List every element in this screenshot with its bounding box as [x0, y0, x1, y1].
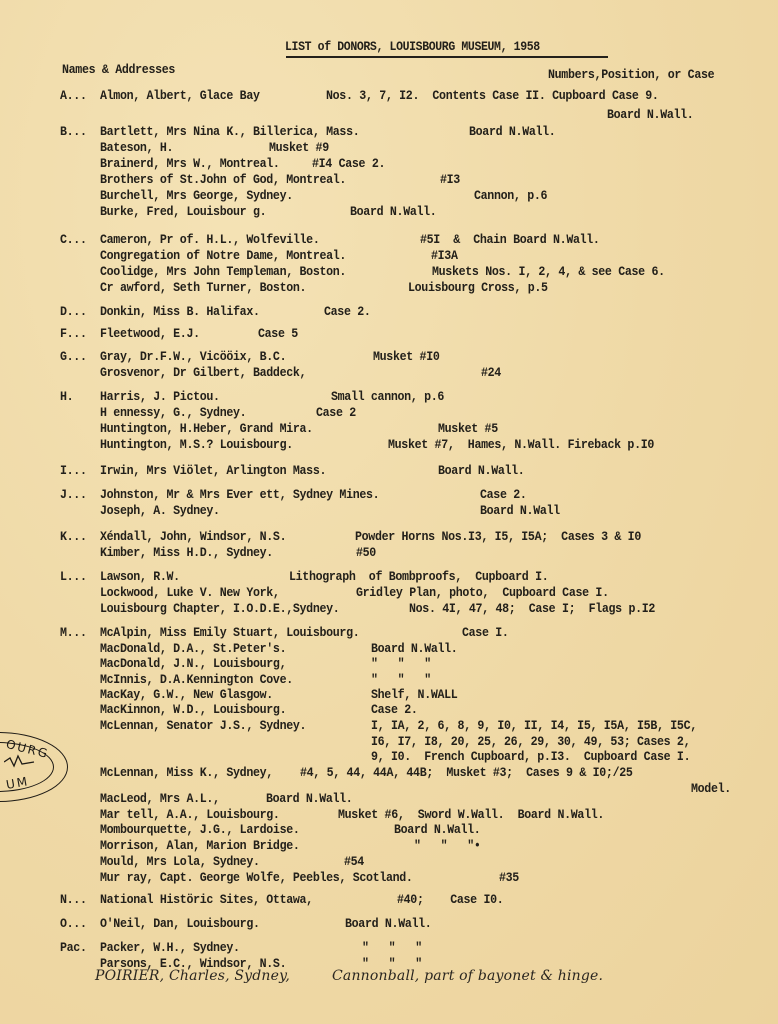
donation-detail: Model.: [691, 782, 731, 796]
donation-detail: Muskets Nos. I, 2, 4, & see Case 6.: [432, 265, 665, 279]
donation-detail: Shelf, N.WALL: [371, 688, 457, 702]
column-header-names: Names & Addresses: [62, 63, 175, 77]
donation-detail: Board N.Wall.: [607, 108, 693, 122]
donation-detail: Musket #6, Sword W.Wall. Board N.Wall.: [338, 808, 604, 822]
donor-name: Mould, Mrs Lola, Sydney.: [100, 855, 260, 869]
donor-name: MacKinnon, W.D., Louisbourg.: [100, 703, 286, 717]
donor-name: H ennessy, G., Sydney.: [100, 406, 246, 420]
donor-name: Cr awford, Seth Turner, Boston.: [100, 281, 306, 295]
donor-name: Cameron, Pr of. H.L., Wolfeville.: [100, 233, 319, 247]
section-letter: J...: [60, 488, 87, 502]
donor-name: Huntington, M.S.? Louisbourg.: [100, 438, 293, 452]
section-letter: B...: [60, 125, 87, 139]
donation-detail: #35: [499, 871, 519, 885]
donation-detail: I, IA, 2, 6, 8, 9, I0, II, I4, I5, I5A, …: [371, 719, 697, 733]
donor-name: Brainerd, Mrs W., Montreal.: [100, 157, 280, 171]
section-letter: G...: [60, 350, 87, 364]
stamp-emblem-icon: [4, 752, 36, 772]
donation-detail: I6, I7, I8, 20, 25, 26, 29, 30, 49, 53; …: [371, 735, 690, 749]
donor-name: Almon, Albert, Glace Bay: [100, 89, 260, 103]
section-letter: I...: [60, 464, 87, 478]
donor-name: McInnis, D.A.Kennington Cove.: [100, 673, 293, 687]
donor-name: McLennan, Senator J.S., Sydney.: [100, 719, 306, 733]
donor-name: Packer, W.H., Sydney.: [100, 941, 240, 955]
donor-name: Harris, J. Pictou.: [100, 390, 220, 404]
donation-detail: Board N.Wall.: [438, 464, 524, 478]
donor-name: Brothers of St.John of God, Montreal.: [100, 173, 346, 187]
donor-name: MacDonald, D.A., St.Peter's.: [100, 642, 286, 656]
donation-detail: Case I.: [462, 626, 509, 640]
donor-name: Irwin, Mrs Viölet, Arlington Mass.: [100, 464, 326, 478]
donation-detail: " " ": [371, 673, 431, 687]
donation-detail: Powder Horns Nos.I3, I5, I5A; Cases 3 & …: [355, 530, 641, 544]
donation-detail: Case 2.: [324, 305, 371, 319]
document-title: LIST of DONORS, LOUISBOURG MUSEUM, 1958: [285, 40, 540, 54]
donation-detail: Case 5: [258, 327, 298, 341]
donor-name: Burchell, Mrs George, Sydney.: [100, 189, 293, 203]
donation-detail: " " ": [362, 941, 422, 955]
donation-detail: #I4 Case 2.: [312, 157, 385, 171]
donation-detail: #24: [481, 366, 501, 380]
donation-detail: " " ": [371, 657, 431, 671]
section-letter: M...: [60, 626, 87, 640]
donor-name: Burke, Fred, Louisbour g.: [100, 205, 266, 219]
section-letter: H.: [60, 390, 73, 404]
donor-name: Mur ray, Capt. George Wolfe, Peebles, Sc…: [100, 871, 413, 885]
donor-name: Coolidge, Mrs John Templeman, Boston.: [100, 265, 346, 279]
section-letter: C...: [60, 233, 87, 247]
donor-name: Kimber, Miss H.D., Sydney.: [100, 546, 273, 560]
donation-detail: Small cannon, p.6: [331, 390, 444, 404]
handwritten-entry-name: POIRIER, Charles, Sydney,: [95, 968, 290, 984]
donation-detail: Board N.Wall.: [350, 205, 436, 219]
section-letter: F...: [60, 327, 87, 341]
donor-name: National Histöric Sites, Ottawa,: [100, 893, 313, 907]
donation-detail: Board N.Wall.: [266, 792, 352, 806]
donation-detail: Gridley Plan, photo, Cupboard Case I.: [356, 586, 609, 600]
donor-name: Gray, Dr.F.W., Vicööix, B.C.: [100, 350, 286, 364]
donor-name: Johnston, Mr & Mrs Ever ett, Sydney Mine…: [100, 488, 379, 502]
document-page: LIST of DONORS, LOUISBOURG MUSEUM, 1958 …: [0, 0, 778, 1024]
donor-name: Louisbourg Chapter, I.O.D.E.,Sydney.: [100, 602, 339, 616]
donor-name: Grosvenor, Dr Gilbert, Baddeck,: [100, 366, 306, 380]
donor-name: O'Neil, Dan, Louisbourg.: [100, 917, 260, 931]
donation-detail: Musket #9: [269, 141, 329, 155]
donation-detail: Board N.Wall.: [345, 917, 431, 931]
donation-detail: Case 2.: [480, 488, 527, 502]
donor-name: Donkin, Miss B. Halifax.: [100, 305, 260, 319]
donor-name: MacKay, G.W., New Glasgow.: [100, 688, 273, 702]
donor-name: MacDonald, J.N., Louisbourg,: [100, 657, 286, 671]
section-letter: O...: [60, 917, 87, 931]
section-letter: N...: [60, 893, 87, 907]
donor-name: Congregation of Notre Dame, Montreal.: [100, 249, 346, 263]
donor-name: MacLeod, Mrs A.L.,: [100, 792, 220, 806]
donation-detail: Board N.Wall.: [394, 823, 480, 837]
donation-detail: #40; Case I0.: [397, 893, 503, 907]
donation-detail: Louisbourg Cross, p.5: [408, 281, 548, 295]
donation-detail: Musket #I0: [373, 350, 440, 364]
donor-name: Lockwood, Luke V. New York,: [100, 586, 280, 600]
donor-name: Bartlett, Mrs Nina K., Billerica, Mass.: [100, 125, 359, 139]
donor-name: Morrison, Alan, Marion Bridge.: [100, 839, 300, 853]
donor-name: Mar tell, A.A., Louisbourg.: [100, 808, 280, 822]
section-letter: A...: [60, 89, 87, 103]
donor-name: Mombourquette, J.G., Lardoise.: [100, 823, 300, 837]
donation-detail: #50: [356, 546, 376, 560]
donor-name: Huntington, H.Heber, Grand Mira.: [100, 422, 313, 436]
donation-detail: Board N.Wall.: [371, 642, 457, 656]
donation-detail: #4, 5, 44, 44A, 44B; Musket #3; Cases 9 …: [300, 766, 633, 780]
donation-detail: #I3A: [431, 249, 458, 263]
column-header-positions: Numbers,Position, or Case: [548, 68, 714, 82]
section-letter: D...: [60, 305, 87, 319]
handwritten-entry-detail: Cannonball, part of bayonet & hinge.: [332, 968, 603, 984]
donation-detail: Lithograph of Bombproofs, Cupboard I.: [289, 570, 548, 584]
donation-detail: Case 2.: [371, 703, 418, 717]
donor-name: Bateson, H.: [100, 141, 173, 155]
donor-name: Fleetwood, E.J.: [100, 327, 200, 341]
donor-name: McLennan, Miss K., Sydney,: [100, 766, 273, 780]
donor-name: Joseph, A. Sydney.: [100, 504, 220, 518]
donation-detail: Musket #7, Hames, N.Wall. Fireback p.I0: [388, 438, 654, 452]
section-letter: Pac.: [60, 941, 87, 955]
donation-detail: Case 2: [316, 406, 356, 420]
donation-detail: Musket #5: [438, 422, 498, 436]
donation-detail: Board N.Wall: [480, 504, 560, 518]
title-underline: [286, 56, 608, 58]
donation-detail: 9, I0. French Cupboard, p.I3. Cupboard C…: [371, 750, 690, 764]
donation-detail: #54: [344, 855, 364, 869]
section-letter: L...: [60, 570, 87, 584]
donor-name: Lawson, R.W.: [100, 570, 180, 584]
donation-detail: Nos. 4I, 47, 48; Case I; Flags p.I2: [409, 602, 655, 616]
donation-detail: Nos. 3, 7, I2. Contents Case II. Cupboar…: [326, 89, 659, 103]
donation-detail: " " "•: [414, 839, 481, 853]
section-letter: K...: [60, 530, 87, 544]
donation-detail: #5I & Chain Board N.Wall.: [420, 233, 600, 247]
donor-name: McAlpin, Miss Emily Stuart, Louisbourg.: [100, 626, 359, 640]
donation-detail: Cannon, p.6: [474, 189, 547, 203]
donation-detail: Board N.Wall.: [469, 125, 555, 139]
donation-detail: #I3: [440, 173, 460, 187]
donor-name: Xéndall, John, Windsor, N.S.: [100, 530, 286, 544]
